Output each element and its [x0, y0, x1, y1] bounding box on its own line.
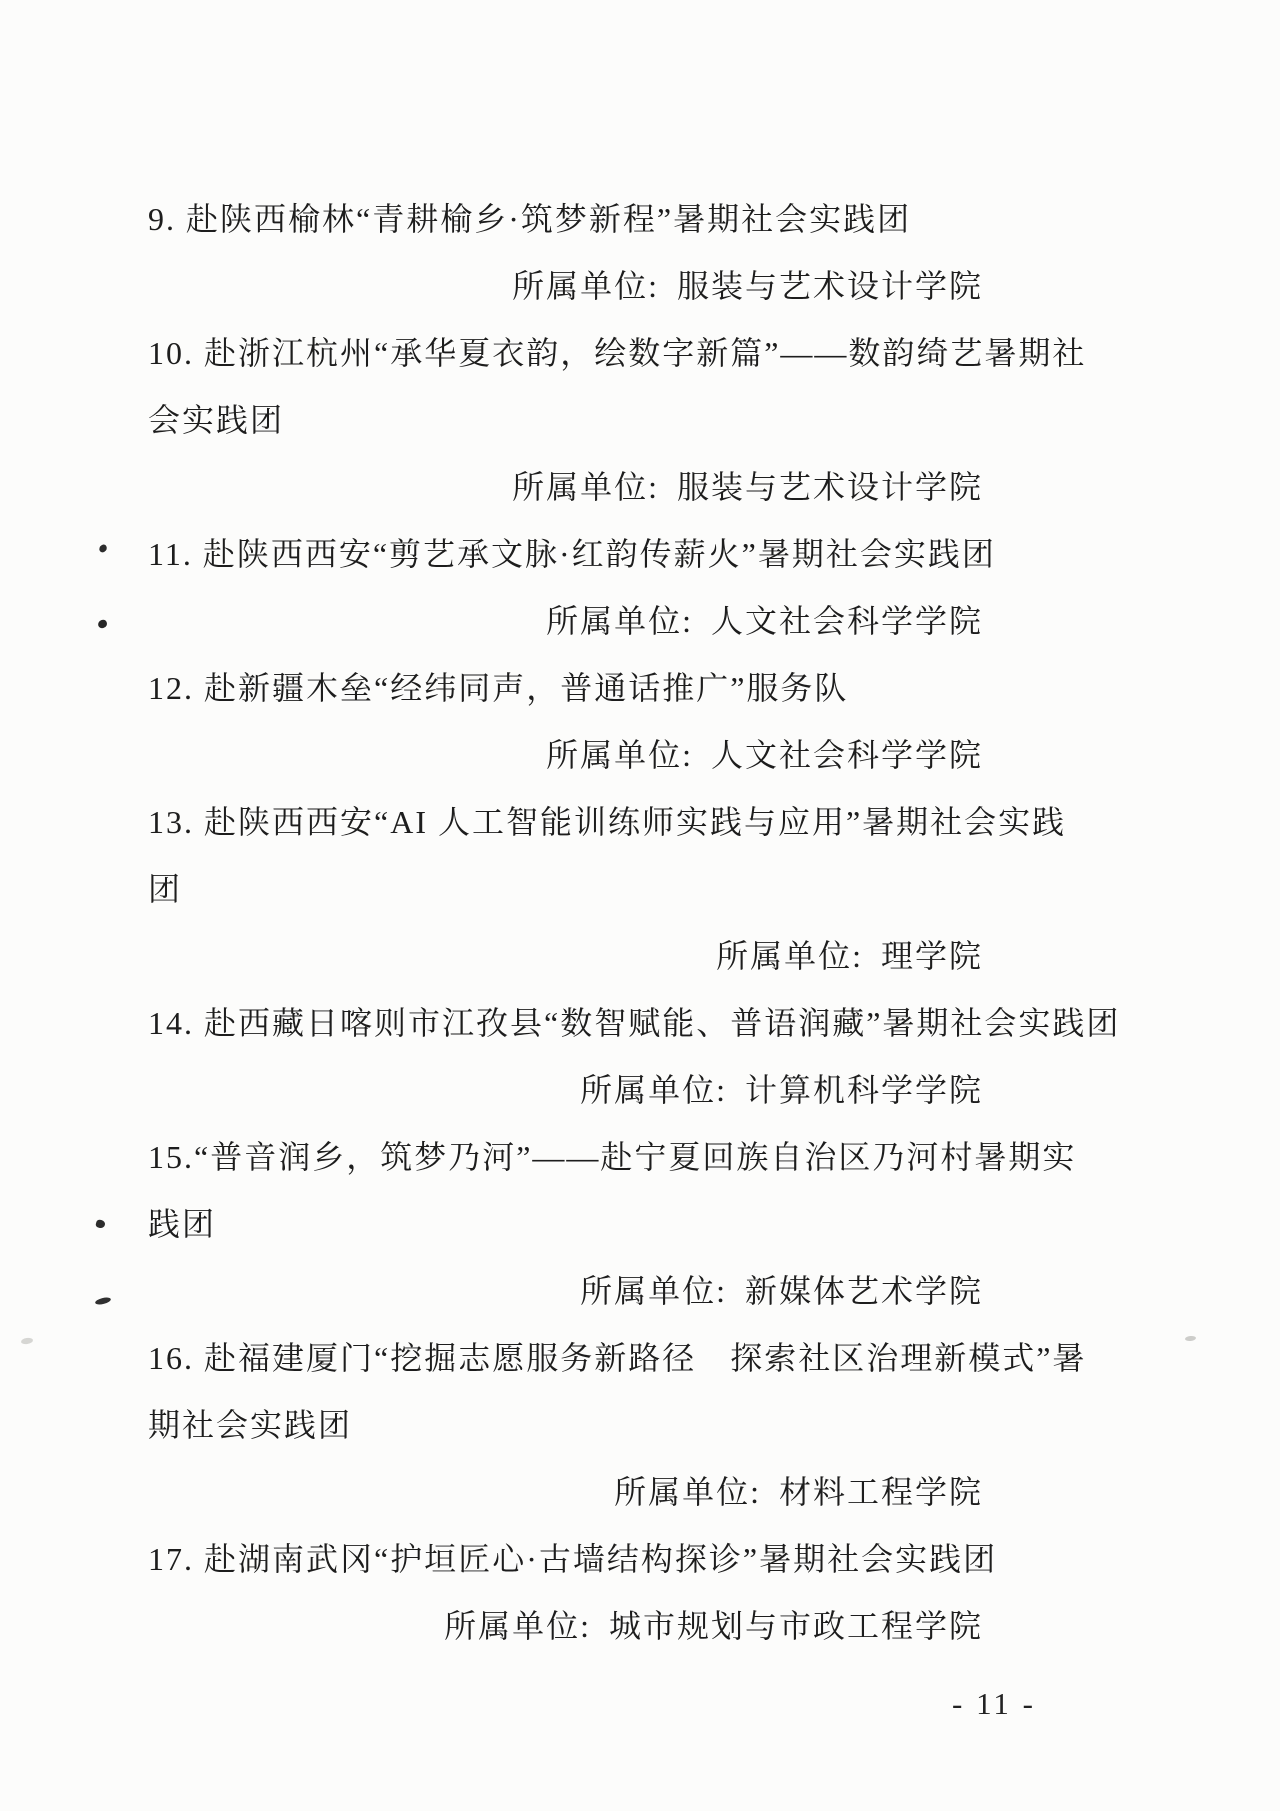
- team-item-line: 10. 赴浙江杭州“承华夏衣韵，绘数字新篇”——数韵绮艺暑期社: [148, 317, 1280, 384]
- scan-smudge: [21, 1337, 34, 1345]
- ink-speck: [98, 543, 108, 553]
- team-item-line: 13. 赴陕西西安“AI 人工智能训练师实践与应用”暑期社会实践: [148, 786, 1280, 853]
- affiliation-value: 材料工程学院: [779, 1467, 983, 1513]
- affiliation-value: 服装与艺术设计学院: [677, 462, 983, 508]
- affiliation-line: 所属单位:城市规划与市政工程学院: [148, 1590, 1280, 1657]
- team-item-continuation-line: 期社会实践团: [148, 1389, 1280, 1456]
- affiliation-label: 所属单位:: [512, 261, 659, 307]
- affiliation-line: 所属单位:人文社会科学学院: [148, 719, 1280, 786]
- team-item-line: 11. 赴陕西西安“剪艺承文脉·红韵传薪火”暑期社会实践团: [148, 518, 1280, 585]
- affiliation-line: 所属单位:人文社会科学学院: [148, 585, 1280, 652]
- affiliation-label: 所属单位:: [716, 931, 863, 977]
- team-item-continuation-line: 会实践团: [148, 384, 1280, 451]
- affiliation-line: 所属单位:理学院: [148, 920, 1280, 987]
- affiliation-line: 所属单位:服装与艺术设计学院: [148, 250, 1280, 317]
- affiliation-value: 服装与艺术设计学院: [677, 261, 983, 307]
- affiliation-label: 所属单位:: [444, 1601, 591, 1647]
- page-number: - 11 -: [952, 1686, 1036, 1722]
- affiliation-label: 所属单位:: [614, 1467, 761, 1513]
- team-item-line: 17. 赴湖南武冈“护垣匠心·古墙结构探诊”暑期社会实践团: [148, 1523, 1280, 1590]
- team-item-continuation-line: 践团: [148, 1188, 1280, 1255]
- team-item-continuation-line: 团: [148, 853, 1280, 920]
- ink-speck: [95, 1296, 112, 1306]
- affiliation-value: 城市规划与市政工程学院: [609, 1601, 983, 1647]
- affiliation-line: 所属单位:服装与艺术设计学院: [148, 451, 1280, 518]
- team-item-line: 14. 赴西藏日喀则市江孜县“数智赋能、普语润藏”暑期社会实践团: [148, 987, 1280, 1054]
- ink-speck: [97, 619, 108, 630]
- affiliation-line: 所属单位:计算机科学学院: [148, 1054, 1280, 1121]
- team-item-line: 16. 赴福建厦门“挖掘志愿服务新路径 探索社区治理新模式”暑: [148, 1322, 1280, 1389]
- affiliation-value: 人文社会科学学院: [711, 596, 983, 642]
- affiliation-line: 所属单位:材料工程学院: [148, 1456, 1280, 1523]
- affiliation-label: 所属单位:: [546, 730, 693, 776]
- team-item-line: 15.“普音润乡，筑梦乃河”——赴宁夏回族自治区乃河村暑期实: [148, 1121, 1280, 1188]
- ink-speck: [95, 1219, 106, 1229]
- affiliation-line: 所属单位:新媒体艺术学院: [148, 1255, 1280, 1322]
- document-page: 9. 赴陕西榆林“青耕榆乡·筑梦新程”暑期社会实践团所属单位:服装与艺术设计学院…: [0, 0, 1280, 1811]
- affiliation-value: 新媒体艺术学院: [745, 1266, 983, 1312]
- affiliation-value: 人文社会科学学院: [711, 730, 983, 776]
- team-item-line: 9. 赴陕西榆林“青耕榆乡·筑梦新程”暑期社会实践团: [148, 183, 1280, 250]
- affiliation-value: 计算机科学学院: [745, 1065, 983, 1111]
- affiliation-label: 所属单位:: [546, 596, 693, 642]
- affiliation-label: 所属单位:: [580, 1266, 727, 1312]
- affiliation-label: 所属单位:: [580, 1065, 727, 1111]
- text-block: 9. 赴陕西榆林“青耕榆乡·筑梦新程”暑期社会实践团所属单位:服装与艺术设计学院…: [148, 183, 1280, 1657]
- affiliation-value: 理学院: [881, 931, 983, 977]
- affiliation-label: 所属单位:: [512, 462, 659, 508]
- team-item-line: 12. 赴新疆木垒“经纬同声，普通话推广”服务队: [148, 652, 1280, 719]
